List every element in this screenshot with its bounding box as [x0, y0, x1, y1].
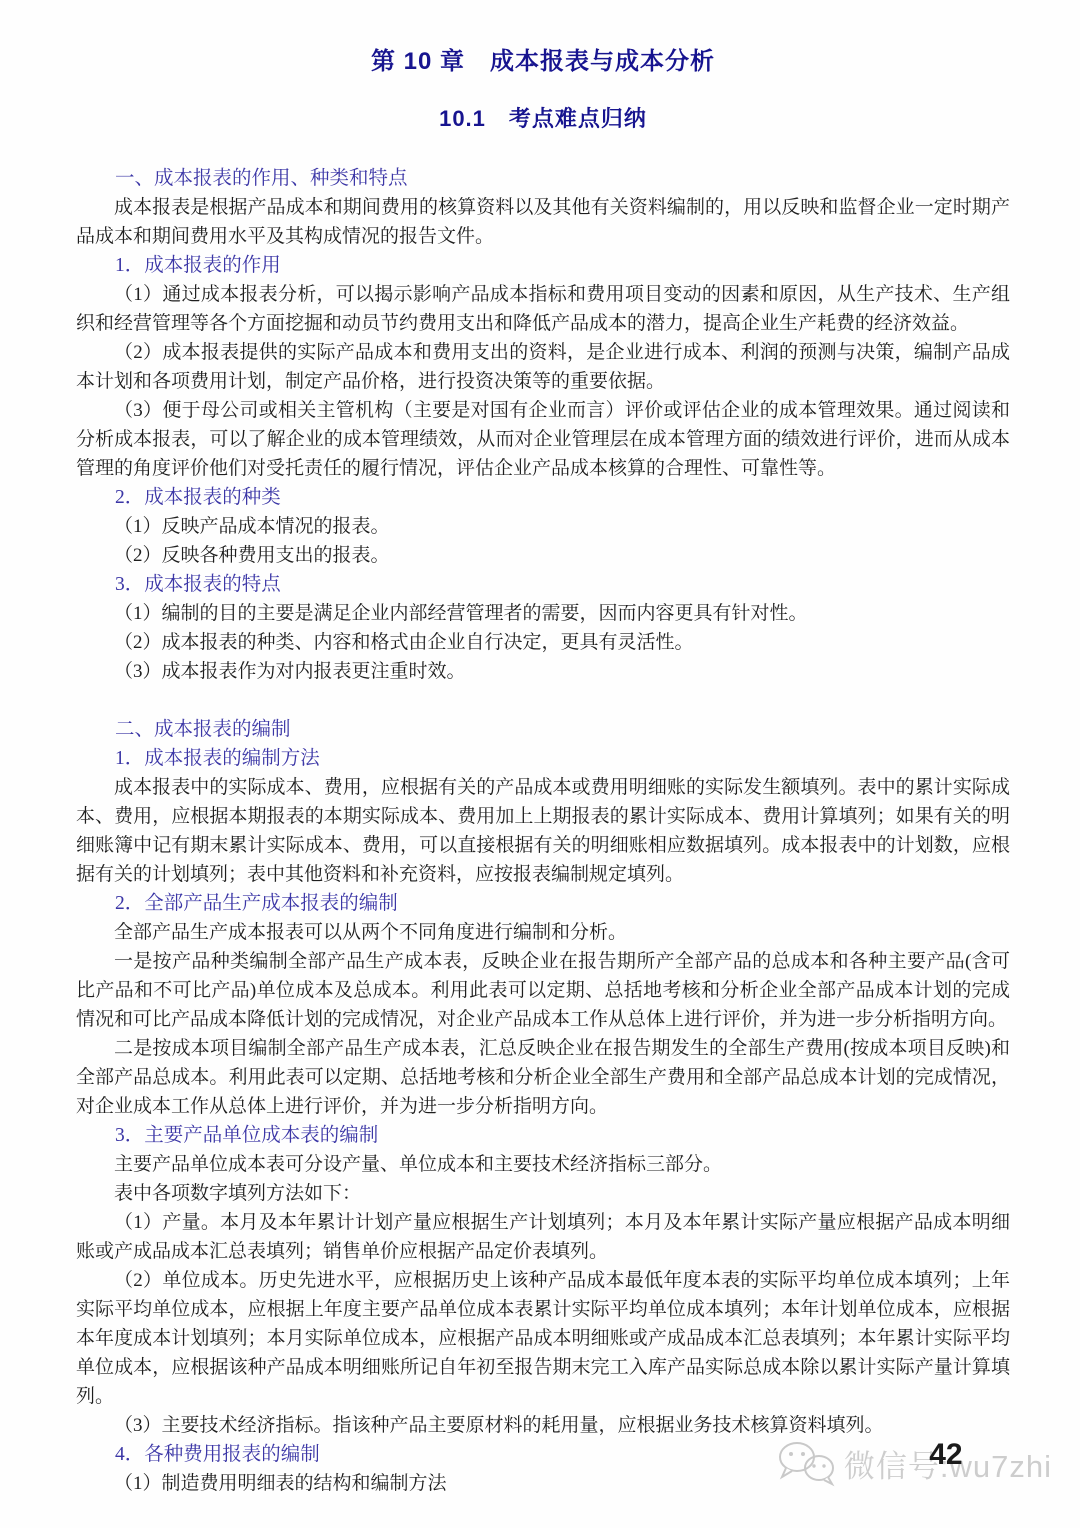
chapter-title: 第 10 章 成本报表与成本分析 — [76, 46, 1010, 78]
page-number: 42 — [929, 1438, 962, 1472]
paragraph: 一是按产品种类编制全部产品生产成本表，反映企业在报告期所产全部产品的总成本和各种… — [76, 947, 1010, 1034]
watermark: 微信号:wu7zhi 42 — [776, 1438, 1052, 1488]
document-page: 第 10 章 成本报表与成本分析 10.1 考点难点归纳 一、成本报表的作用、种… — [0, 0, 1080, 1528]
paragraph: 二是按成本项目编制全部产品生产成本表，汇总反映企业在报告期发生的全部生产费用(按… — [76, 1034, 1010, 1121]
watermark-text: 微信号:wu7zhi 42 — [844, 1441, 1052, 1486]
paragraph: （1）产量。本月及本年累计计划产量应根据生产计划填列；本月及本年累计实际产量应根… — [76, 1208, 1010, 1266]
paragraph: （3）主要技术经济指标。指该种产品主要原材料的耗用量，应根据业务技术核算资料填列… — [76, 1411, 1010, 1440]
subsection-heading: 3．主要产品单位成本表的编制 — [76, 1121, 1010, 1150]
paragraph: （2）反映各种费用支出的报表。 — [76, 541, 1010, 570]
section-title: 10.1 考点难点归纳 — [76, 104, 1010, 134]
paragraph: 表中各项数字填列方法如下： — [76, 1179, 1010, 1208]
paragraph: （2）成本报表的种类、内容和格式由企业自行决定，更具有灵活性。 — [76, 628, 1010, 657]
subsection-heading: 2．全部产品生产成本报表的编制 — [76, 889, 1010, 918]
subsection-heading: 3．成本报表的特点 — [76, 570, 1010, 599]
subsection-heading: 1．成本报表的编制方法 — [76, 744, 1010, 773]
paragraph: 成本报表中的实际成本、费用，应根据有关的产品成本或费用明细账的实际发生额填列。表… — [76, 773, 1010, 889]
paragraph: （3）便于母公司或相关主管机构（主要是对国有企业而言）评价或评估企业的成本管理效… — [76, 396, 1010, 483]
subsection-heading: 2．成本报表的种类 — [76, 483, 1010, 512]
document-content: 一、成本报表的作用、种类和特点成本报表是根据产品成本和期间费用的核算资料以及其他… — [76, 164, 1010, 1498]
paragraph: （3）成本报表作为对内报表更注重时效。 — [76, 657, 1010, 686]
paragraph: （2）单位成本。历史先进水平，应根据历史上该种产品成本最低年度本表的实际平均单位… — [76, 1266, 1010, 1411]
section-heading: 一、成本报表的作用、种类和特点 — [76, 164, 1010, 193]
paragraph: 主要产品单位成本表可分设产量、单位成本和主要技术经济指标三部分。 — [76, 1150, 1010, 1179]
section-heading: 二、成本报表的编制 — [76, 715, 1010, 744]
paragraph: （1）编制的目的主要是满足企业内部经营管理者的需要，因而内容更具有针对性。 — [76, 599, 1010, 628]
paragraph: 成本报表是根据产品成本和期间费用的核算资料以及其他有关资料编制的，用以反映和监督… — [76, 193, 1010, 251]
paragraph: （1）通过成本报表分析，可以揭示影响产品成本指标和费用项目变动的因素和原因，从生… — [76, 280, 1010, 338]
paragraph: （2）成本报表提供的实际产品成本和费用支出的资料，是企业进行成本、利润的预测与决… — [76, 338, 1010, 396]
subsection-heading: 1．成本报表的作用 — [76, 251, 1010, 280]
paragraph: 全部产品生产成本报表可以从两个不同角度进行编制和分析。 — [76, 918, 1010, 947]
paragraph: （1）反映产品成本情况的报表。 — [76, 512, 1010, 541]
wechat-icon — [776, 1438, 838, 1488]
